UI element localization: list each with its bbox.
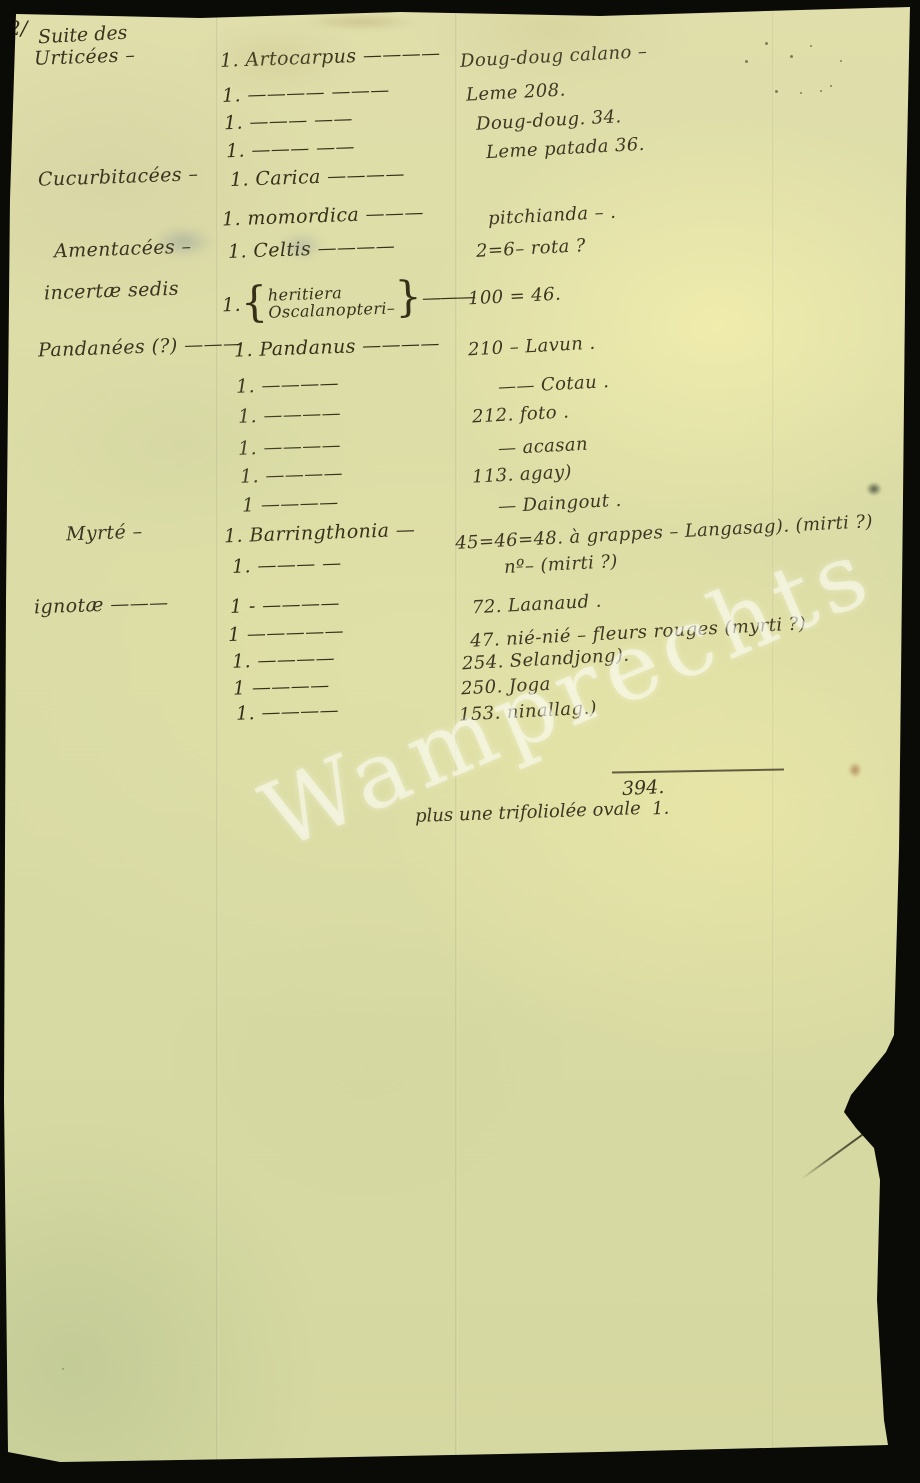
entry-cell: 1. Artocarpus ———— <box>220 42 441 72</box>
ink-speck <box>800 92 802 94</box>
value-cell: Leme 208. <box>466 79 567 105</box>
sum-rule-line <box>612 768 784 773</box>
entry-cell: 1. ——— —— <box>226 136 356 162</box>
paper-sheet: 2/ Suite des Urticées –1. Artocarpus ———… <box>0 0 920 1483</box>
entry-cell: 1 - ———— <box>230 592 340 618</box>
paper-tear-crack <box>801 1118 885 1180</box>
value-cell: Doug-doug. 34. <box>476 106 623 135</box>
entry-cell: 1. Barringthonia — <box>224 519 416 548</box>
entry-cell: 1. ——— —— <box>224 108 354 134</box>
value-cell: 212. foto . <box>472 401 570 427</box>
value-cell: Doug-doug calano – <box>460 41 648 72</box>
manuscript-row: Myrté –1. Barringthonia —45=46=48. à gra… <box>0 522 920 552</box>
top-edge-stain <box>300 14 420 30</box>
open-brace: { <box>240 281 269 324</box>
ink-speck <box>775 90 778 93</box>
ink-speck <box>745 60 748 63</box>
ink-speck <box>790 55 793 58</box>
entry-cell: 1. momordica ——— <box>222 201 424 230</box>
entry-cell: 1. ———— <box>238 434 342 460</box>
value-cell: 2=6– rota ? <box>476 235 587 262</box>
value-cell: 72. Laanaud . <box>472 591 603 619</box>
value-cell: — Daingout . <box>498 490 623 517</box>
entry-cell: 1. ———— <box>236 372 340 398</box>
manuscript-row: 1. —————— Cotau . <box>0 374 920 404</box>
manuscript-row: 1. ——— ——Doug-doug. 34. <box>0 110 920 140</box>
entry-cell: 1. ———— ——— <box>222 79 390 107</box>
manuscript-row: Cucurbitacées –1. Carica ———— <box>0 166 920 196</box>
ink-speck <box>810 45 812 47</box>
entry-cell: 1. Pandanus ———— <box>234 332 440 361</box>
entry-cell: 1. ———— <box>236 699 340 725</box>
manuscript-row: 1. ————212. foto . <box>0 404 920 434</box>
entry-cell: 1 ————— <box>228 620 345 646</box>
family-label: incertæ sedis <box>44 278 180 305</box>
footer-note: plus une trifoliolée ovale <box>415 798 641 827</box>
close-brace: } <box>394 275 423 318</box>
family-label: Urticées – <box>34 44 136 70</box>
page-number: 2/ <box>8 16 27 40</box>
family-label: ignotæ ——— <box>34 592 169 619</box>
ink-speck <box>840 60 842 62</box>
manuscript-row: Amentacées –1. Celtis ————2=6– rota ? <box>0 238 920 268</box>
manuscript-row: 1. momordica ———pitchianda – . <box>0 205 920 235</box>
entry-cell: 1 ———— <box>242 491 339 516</box>
ink-speck <box>62 1368 64 1370</box>
family-label: Myrté – <box>66 521 143 546</box>
footer-count: 1. <box>651 798 669 820</box>
ink-speck <box>830 85 832 87</box>
value-cell: pitchianda – . <box>488 202 617 230</box>
manuscript-row: 1. ————153. ninallag.) <box>0 701 920 731</box>
ink-speck <box>820 90 822 92</box>
total-count: 394. <box>621 776 664 800</box>
family-label: Pandanées (?) ——— <box>38 332 243 361</box>
family-label: Cucurbitacées – <box>38 163 199 191</box>
scanned-manuscript: 2/ Suite des Urticées –1. Artocarpus ———… <box>0 0 920 1483</box>
manuscript-row: 1. ————— acasan <box>0 436 920 466</box>
entry-cell: 1. ———— <box>232 647 336 673</box>
value-cell: 210 – Lavun . <box>468 333 596 361</box>
manuscript-row: Pandanées (?) ———1. Pandanus ————210 – L… <box>0 336 920 366</box>
entry-cell: 1. ———— <box>238 402 342 428</box>
manuscript-row: 1. ———— ———Leme 208. <box>0 82 920 112</box>
ink-speck <box>765 42 768 45</box>
manuscript-row: 1. ————254. Selandjong). <box>0 649 920 679</box>
entry-cell: 1. ———— <box>240 462 344 488</box>
entry-cell: 1. Celtis ———— <box>228 235 396 263</box>
family-label: Amentacées – <box>54 236 192 263</box>
genus-line-2: Oscalanopteri– <box>268 298 396 321</box>
value-cell: — acasan <box>498 434 589 460</box>
entry-cell: 1 ———— <box>233 674 330 699</box>
braced-genus-lines: heritieraOscalanopteri– <box>268 282 396 320</box>
entry-number: 1. <box>222 294 242 317</box>
entry-cell: 1. Carica ———— <box>230 163 405 191</box>
value-cell: 113. agay) <box>472 461 573 487</box>
value-cell: 250. Joga <box>461 674 552 700</box>
manuscript-row: 1. ——— —nº– (mirti ?) <box>0 554 920 584</box>
manuscript-row: 1. ————113. agay) <box>0 464 920 494</box>
value-cell: 153. ninallag.) <box>459 697 598 725</box>
value-cell: Leme patada 36. <box>486 134 646 163</box>
manuscript-row: Urticées –1. Artocarpus ————Doug-doug ca… <box>0 46 920 76</box>
manuscript-row: incertæ sedis1.{heritieraOscalanopteri–}… <box>0 280 920 310</box>
manuscript-row: 1 —————47. nié-nié – fleurs rouges (myrt… <box>0 622 920 652</box>
entry-cell: 1. ——— — <box>232 552 342 578</box>
value-cell: 254. Selandjong). <box>462 645 630 675</box>
brace-group: 1.{heritieraOscalanopteri–}——— <box>221 276 475 327</box>
entry-cell-braced: 1.{heritieraOscalanopteri–}——— <box>221 276 475 327</box>
value-cell: nº– (mirti ?) <box>504 551 619 578</box>
value-cell: —— Cotau . <box>498 371 610 398</box>
manuscript-row: 1. ——— ——Leme patada 36. <box>0 138 920 168</box>
rust-spot-stain <box>848 762 862 778</box>
value-cell: 100 = 46. <box>468 284 562 310</box>
